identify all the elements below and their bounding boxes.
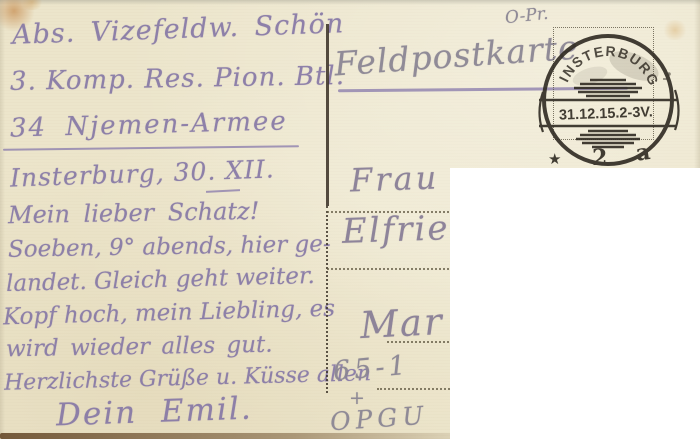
- top-edge-shadow: [0, 0, 700, 5]
- address-ruled-line: [327, 268, 453, 270]
- address-ruled-line: [387, 341, 453, 343]
- message-line: Kopf hoch, mein Liebling, es: [3, 296, 336, 331]
- message-line: Mein lieber Schatz!: [8, 197, 260, 229]
- dateline-underline: [206, 189, 240, 193]
- divider-line-dotted: [326, 206, 328, 393]
- annotation-number: 65-1: [332, 350, 411, 388]
- postmark-lower-hatch: [576, 131, 640, 147]
- address-ruled-line: [377, 388, 453, 390]
- signature: Dein Emil.: [55, 391, 253, 434]
- sender-line: 34 Njemen-Armee: [10, 106, 288, 143]
- postmark-star-glyph: ★: [548, 150, 561, 168]
- message-line: Herzlichste Grüße u. Küsse allen: [4, 361, 372, 396]
- dateline: Insterburg, 30. XII.: [10, 154, 276, 192]
- postmark-date-text: 31.12.15.2-3V.: [559, 104, 653, 123]
- annotation-code: OPGU: [329, 401, 429, 437]
- message-line: landet. Gleich geht weiter.: [6, 263, 315, 297]
- corner-note: O-Pr.: [504, 4, 549, 28]
- message-line: wird wieder alles gut.: [6, 332, 273, 363]
- sender-line: Abs. Vizefeldw. Schön: [12, 8, 345, 51]
- postcard-scan: Abs. Vizefeldw. Schön 3. Komp. Res. Pion…: [0, 0, 700, 439]
- message-line: Soeben, 9° abends, hier ge-: [8, 231, 331, 263]
- right-edge-shadow: [694, 0, 700, 168]
- postmark-letter-text: a: [634, 139, 652, 167]
- sender-line: 3. Komp. Res. Pion. Btl.: [10, 61, 345, 97]
- divider-line-solid: [326, 24, 329, 206]
- recipient-line: Elfrie: [341, 208, 450, 252]
- sender-underline: [3, 145, 299, 151]
- bottom-edge-shadow: [0, 433, 452, 439]
- postmark-number-text: 2: [592, 145, 607, 168]
- recipient-line: Frau: [349, 158, 439, 199]
- redaction-box: [450, 168, 700, 439]
- postmark-stamp: INSTERBURG 31.12.15.2-3V. ★ 2 a: [536, 34, 682, 168]
